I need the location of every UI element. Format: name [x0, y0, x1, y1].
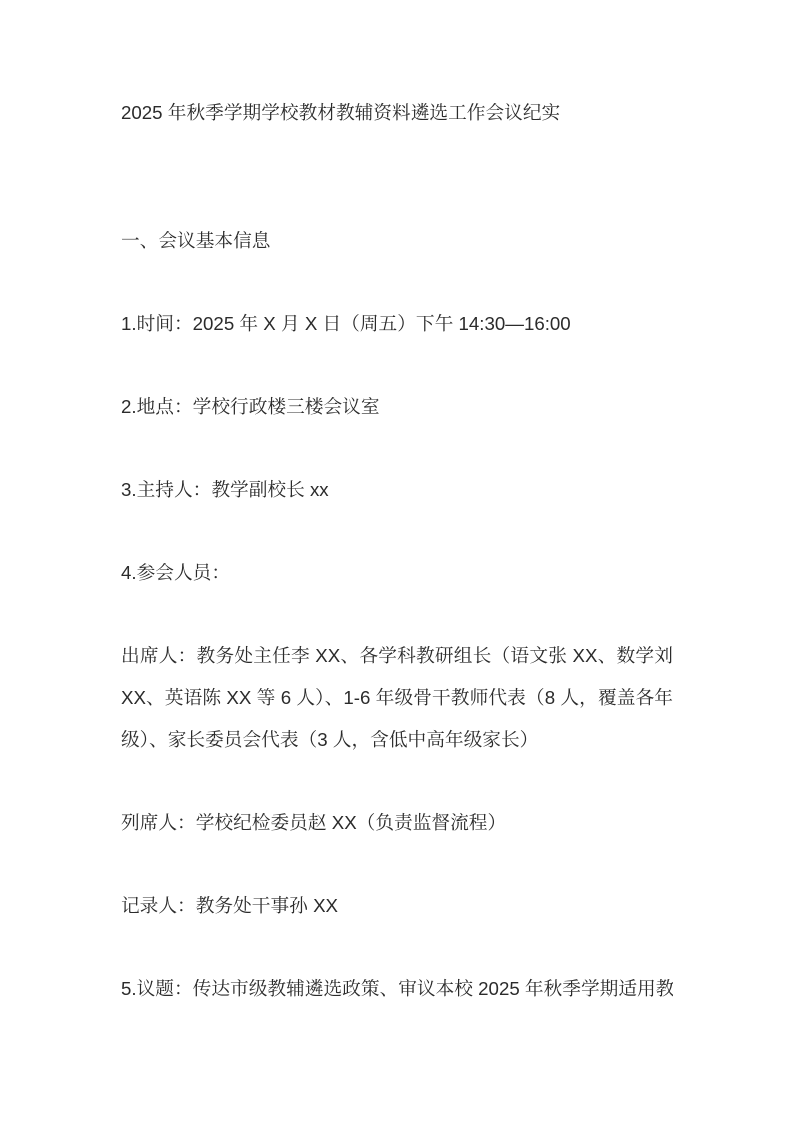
paragraph-recorder: 记录人：教务处干事孙 XX [121, 885, 673, 927]
section-heading-basic-info: 一、会议基本信息 [121, 220, 673, 262]
paragraph-meeting-time: 1.时间：2025 年 X 月 X 日（周五）下午 14:30—16:00 [121, 303, 673, 345]
paragraph-attendees: 出席人：教务处主任李 XX、各学科教研组长（语文张 XX、数学刘 XX、英语陈 … [121, 635, 673, 761]
paragraph-meeting-host: 3.主持人：教学副校长 xx [121, 469, 673, 511]
paragraph-meeting-location: 2.地点：学校行政楼三楼会议室 [121, 386, 673, 428]
paragraph-observer: 列席人：学校纪检委员赵 XX（负责监督流程） [121, 802, 673, 844]
paragraph-agenda: 5.议题：传达市级教辅遴选政策、审议本校 2025 年秋季学期适用教 [121, 968, 673, 1010]
paragraph-participants-label: 4.参会人员： [121, 552, 673, 594]
document-title: 2025 年秋季学期学校教材教辅资料遴选工作会议纪实 [121, 92, 673, 134]
document-page: 2025 年秋季学期学校教材教辅资料遴选工作会议纪实 一、会议基本信息 1.时间… [0, 0, 793, 1122]
